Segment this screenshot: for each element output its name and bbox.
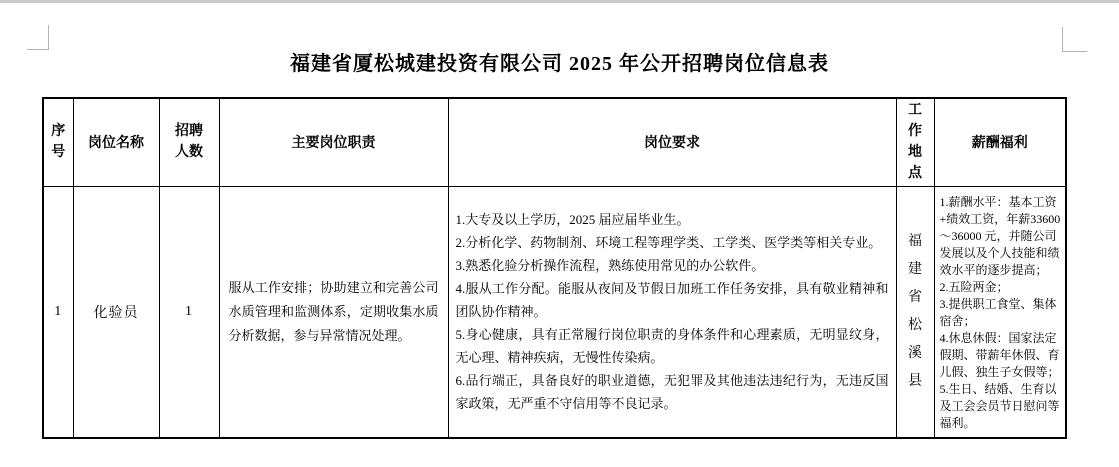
benefit-item: 5.生日、结婚、生育以及工会会员节日慰问等福利。	[940, 381, 1062, 432]
cell-requirements: 1.大专及以上学历，2025 届应届毕业生。 2.分析化学、药物制剂、环境工程等…	[448, 186, 896, 438]
requirement-item: 2.分析化学、药物制剂、环境工程等理学类、工学类、医学类等相关专业。	[456, 231, 889, 254]
col-header-serial-label: 序号	[51, 121, 66, 163]
requirement-item: 5.身心健康，具有正常履行岗位职责的身体条件和心理素质，无明显纹身，无心理、精神…	[456, 323, 889, 369]
col-header-duties: 主要岗位职责	[219, 98, 448, 186]
requirement-item: 1.大专及以上学历，2025 届应届毕业生。	[456, 208, 889, 231]
requirement-item: 3.熟悉化验分析操作流程，熟练使用常见的办公软件。	[456, 254, 889, 277]
benefits-list: 1.薪酬水平：基本工资+绩效工资，年薪33600～36000 元，并随公司发展以…	[935, 191, 1066, 432]
col-header-benefits: 薪酬福利	[934, 98, 1066, 186]
col-header-location: 工作地点	[896, 98, 934, 186]
col-header-position: 岗位名称	[73, 98, 159, 186]
benefit-item: 1.薪酬水平：基本工资+绩效工资，年薪33600～36000 元，并随公司发展以…	[940, 194, 1062, 279]
col-header-headcount: 招聘人数	[159, 98, 219, 186]
col-header-location-label: 工作地点	[907, 100, 922, 184]
cell-location: 福建省松溪县	[896, 186, 934, 438]
col-header-headcount-label: 招聘人数	[174, 121, 205, 163]
benefit-item: 2.五险两金；	[940, 279, 1062, 296]
document-page: 福建省厦松城建投资有限公司 2025 年公开招聘岗位信息表 序号 岗位名称 招聘…	[0, 0, 1119, 467]
cell-headcount: 1	[159, 186, 219, 438]
duties-text: 服从工作安排；协助建立和完善公司水质管理和监测体系，定期收集水质分析数据，参与异…	[220, 276, 448, 348]
cell-position: 化验员	[73, 186, 159, 438]
cell-benefits: 1.薪酬水平：基本工资+绩效工资，年薪33600～36000 元，并随公司发展以…	[934, 186, 1066, 438]
document-title: 福建省厦松城建投资有限公司 2025 年公开招聘岗位信息表	[0, 47, 1119, 76]
requirement-item: 6.品行端正，具备良好的职业道德，无犯罪及其他违法违纪行为，无违反国家政策，无严…	[456, 369, 889, 415]
cell-duties: 服从工作安排；协助建立和完善公司水质管理和监测体系，定期收集水质分析数据，参与异…	[219, 186, 448, 438]
col-header-serial: 序号	[43, 98, 73, 186]
table-row: 1 化验员 1 服从工作安排；协助建立和完善公司水质管理和监测体系，定期收集水质…	[43, 186, 1066, 438]
cell-serial: 1	[43, 186, 73, 438]
location-text: 福建省松溪县	[907, 228, 922, 396]
window-top-edge	[0, 0, 1119, 3]
col-header-requirements-label: 岗位要求	[449, 132, 896, 152]
header-row: 序号 岗位名称 招聘人数 主要岗位职责 岗位要求 工作地点 薪酬	[43, 98, 1066, 186]
col-header-position-label: 岗位名称	[74, 132, 159, 152]
col-header-duties-label: 主要岗位职责	[220, 132, 448, 152]
benefit-item: 4.休息休假：国家法定假期、带薪年休假、育儿假、独生子女假等；	[940, 330, 1062, 381]
col-header-benefits-label: 薪酬福利	[935, 132, 1066, 152]
benefit-item: 3.提供职工食堂、集体宿舍；	[940, 296, 1062, 330]
requirement-item: 4.服从工作分配。能服从夜间及节假日加班工作任务安排，具有敬业精神和团队协作精神…	[456, 277, 889, 323]
requirements-list: 1.大专及以上学历，2025 届应届毕业生。 2.分析化学、药物制剂、环境工程等…	[449, 208, 896, 415]
recruitment-table: 序号 岗位名称 招聘人数 主要岗位职责 岗位要求 工作地点 薪酬	[42, 97, 1067, 439]
col-header-requirements: 岗位要求	[448, 98, 896, 186]
